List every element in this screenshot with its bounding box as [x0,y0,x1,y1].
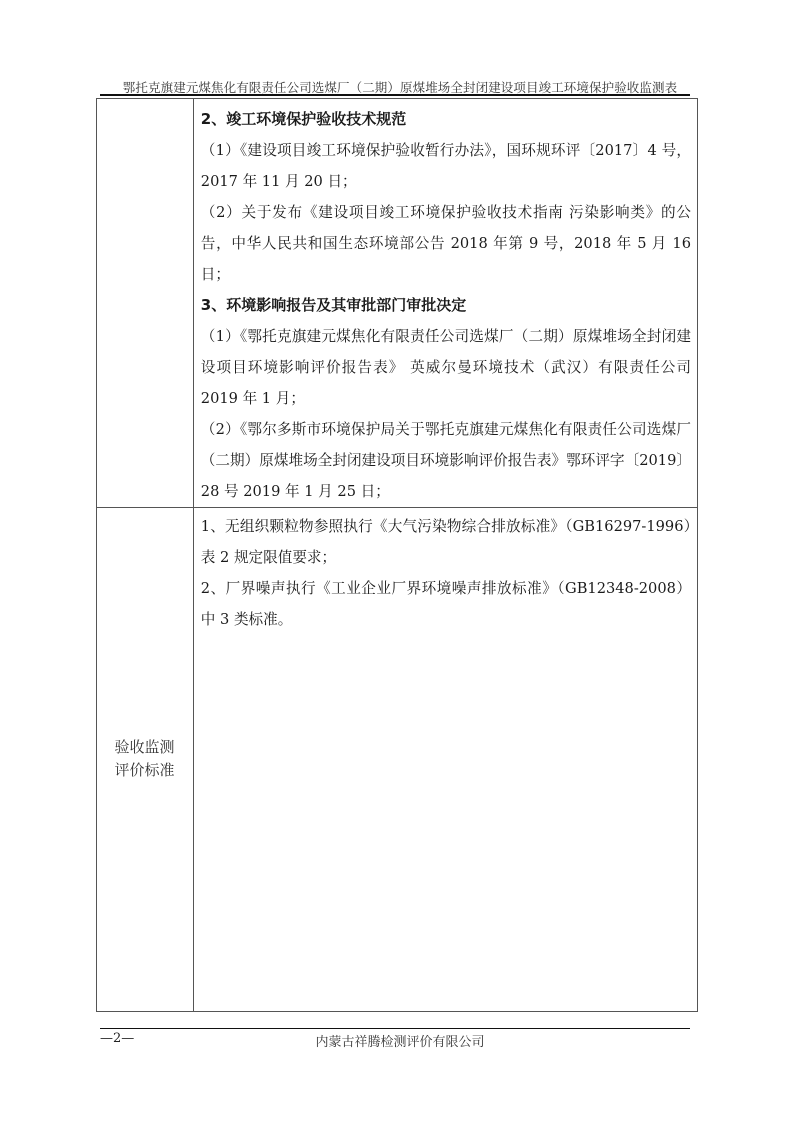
footer-company-name: 内蒙古祥腾检测评价有限公司 [100,1031,700,1050]
section-heading-eia-approval: 3、环境影响报告及其审批部门审批决定 [201,290,691,321]
standard-item: 1、无组织颗粒物参照执行《大气污染物综合排放标准》（GB16297-1996）表… [201,511,691,573]
row-label-cell-empty [97,99,194,508]
reference-item: （1）《鄂托克旗建元煤焦化有限责任公司选煤厂（二期）原煤堆场全封闭建设项目环境影… [201,321,691,414]
row-label-line: 验收监测 [96,736,193,759]
table-row-standards-references: 2、竣工环境保护验收技术规范 （1）《建设项目竣工环境保护验收暂行办法》，国环规… [97,99,698,508]
reference-item: （2）《鄂尔多斯市环境保护局关于鄂托克旗建元煤焦化有限责任公司选煤厂（二期）原煤… [201,414,691,507]
reference-item: （1）《建设项目竣工环境保护验收暂行办法》，国环规环评〔2017〕4 号，201… [201,135,691,197]
row-label-line: 评价标准 [96,759,193,782]
standard-item: 2、厂界噪声执行《工业企业厂界环境噪声排放标准》（GB12348-2008）中 … [201,573,691,635]
header-rule [100,94,690,96]
reference-item: （2）关于发布《建设项目竣工环境保护验收技术指南 污染影响类》的公告，中华人民共… [201,197,691,290]
footer-rule [100,1028,690,1029]
monitoring-table: 2、竣工环境保护验收技术规范 （1）《建设项目竣工环境保护验收暂行办法》，国环规… [96,98,698,1012]
row-content-cell: 2、竣工环境保护验收技术规范 （1）《建设项目竣工环境保护验收暂行办法》，国环规… [193,99,697,508]
row-label-evaluation-standards: 验收监测 评价标准 [96,736,193,782]
row-content-cell: 1、无组织颗粒物参照执行《大气污染物综合排放标准》（GB16297-1996）表… [193,508,697,1012]
section-heading-acceptance-specs: 2、竣工环境保护验收技术规范 [201,104,691,135]
